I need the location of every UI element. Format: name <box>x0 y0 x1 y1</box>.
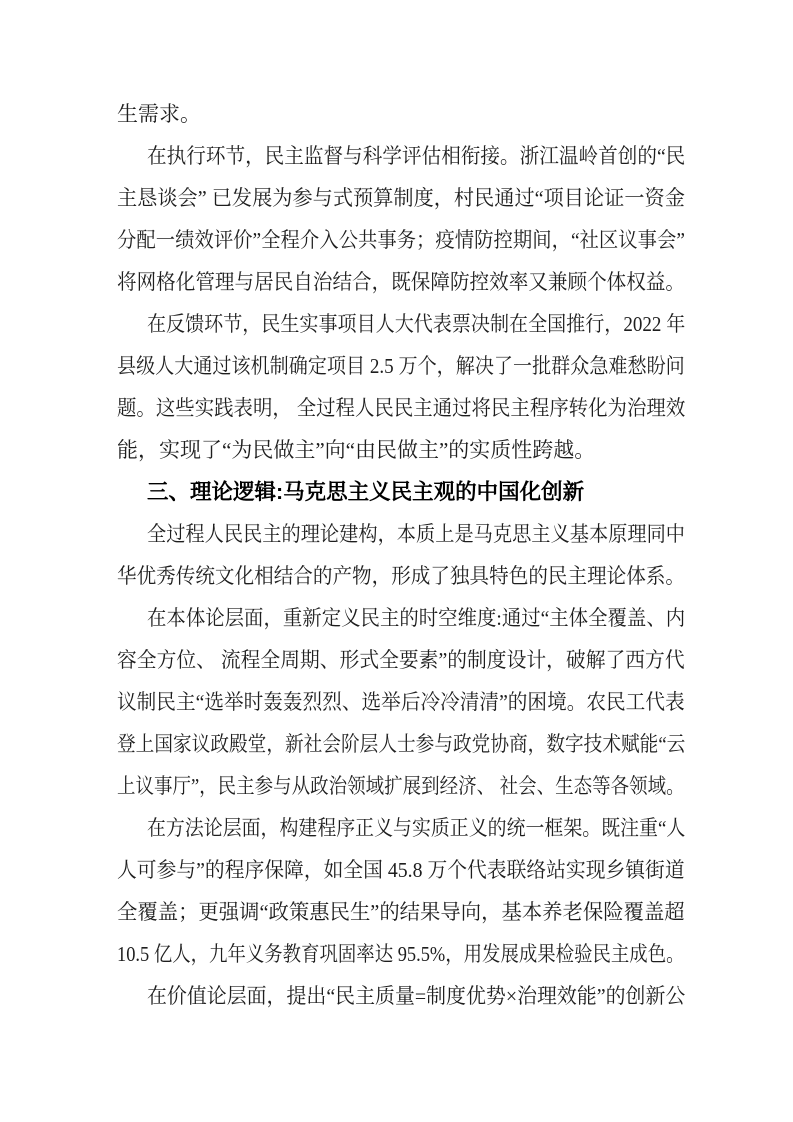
text-line-content: 议制民主“选举时轰轰烈烈、选举后冷冷清清”的困境。农民工代表 <box>117 681 685 723</box>
document-page: 生需求。 在执行环节，民主监督与科学评估相衔接。浙江温岭首创的“民 主恳谈会” … <box>0 0 793 1122</box>
text-line-content: 主恳谈会” 已发展为参与式预算制度，村民通过“项目论证一资金 <box>117 177 685 219</box>
text-line: 10.5 亿人，九年义务教育巩固率达 95.5%，用发展成果检验民主成色。 <box>117 933 685 975</box>
text-line-content: 全过程人民民主的理论建构，本质上是马克思主义基本原理同中 <box>147 513 685 555</box>
text-line: 人可参与”的程序保障，如全国 45.8 万个代表联络站实现乡镇街道 <box>117 849 685 891</box>
text-line: 全过程人民民主的理论建构，本质上是马克思主义基本原理同中 <box>117 513 685 555</box>
text-line: 能，实现了“为民做主”向“由民做主”的实质性跨越。 <box>117 429 685 471</box>
text-line-content: 容全方位、 流程全周期、形式全要素”的制度设计，破解了西方代 <box>117 639 685 681</box>
text-line-content: 在方法论层面，构建程序正义与实质正义的统一框架。既注重“人 <box>147 807 685 849</box>
text-line-content: 将网格化管理与居民自治结合，既保障防控效率又兼顾个体权益。 <box>117 261 685 303</box>
text-line: 华优秀传统文化相结合的产物，形成了独具特色的民主理论体系。 <box>117 555 685 597</box>
text-line: 上议事厅”，民主参与从政治领域扩展到经济、 社会、生态等各领域。 <box>117 765 685 807</box>
text-line-content: 能，实现了“为民做主”向“由民做主”的实质性跨越。 <box>117 429 595 471</box>
text-line-content: 题。这些实践表明， 全过程人民民主通过将民主程序转化为治理效 <box>117 387 685 429</box>
text-line-content: 登上国家议政殿堂，新社会阶层人士参与政党协商，数字技术赋能“云 <box>117 723 685 765</box>
text-line: 在执行环节，民主监督与科学评估相衔接。浙江温岭首创的“民 <box>117 135 685 177</box>
text-line-content: 10.5 亿人，九年义务教育巩固率达 95.5%，用发展成果检验民主成色。 <box>117 933 685 975</box>
text-line: 生需求。 <box>117 93 685 135</box>
text-line-content: 在本体论层面，重新定义民主的时空维度:通过“主体全覆盖、内 <box>147 597 685 639</box>
text-line: 在反馈环节，民生实事项目人大代表票决制在全国推行，2022 年 <box>117 303 685 345</box>
section-heading-text: 三、理论逻辑:马克思主义民主观的中国化创新 <box>147 471 584 513</box>
text-line: 分配一绩效评价”全程介入公共事务；疫情防控期间，“社区议事会” <box>117 219 685 261</box>
text-line-content: 人可参与”的程序保障，如全国 45.8 万个代表联络站实现乡镇街道 <box>117 849 685 891</box>
text-line: 题。这些实践表明， 全过程人民民主通过将民主程序转化为治理效 <box>117 387 685 429</box>
text-line-content: 上议事厅”，民主参与从政治领域扩展到经济、 社会、生态等各领域。 <box>117 765 685 807</box>
text-line: 议制民主“选举时轰轰烈烈、选举后冷冷清清”的困境。农民工代表 <box>117 681 685 723</box>
text-line-content: 在执行环节，民主监督与科学评估相衔接。浙江温岭首创的“民 <box>147 135 685 177</box>
text-line-content: 分配一绩效评价”全程介入公共事务；疫情防控期间，“社区议事会” <box>117 219 685 261</box>
text-line: 将网格化管理与居民自治结合，既保障防控效率又兼顾个体权益。 <box>117 261 685 303</box>
text-line-content: 在价值论层面，提出“民主质量=制度优势×治理效能”的创新公 <box>147 975 685 1017</box>
text-line-content: 县级人大通过该机制确定项目 2.5 万个，解决了一批群众急难愁盼问 <box>117 345 685 387</box>
text-line: 登上国家议政殿堂，新社会阶层人士参与政党协商，数字技术赋能“云 <box>117 723 685 765</box>
text-line: 在方法论层面，构建程序正义与实质正义的统一框架。既注重“人 <box>117 807 685 849</box>
text-line-content: 在反馈环节，民生实事项目人大代表票决制在全国推行，2022 年 <box>147 303 685 345</box>
document-text-block: 生需求。 在执行环节，民主监督与科学评估相衔接。浙江温岭首创的“民 主恳谈会” … <box>117 93 685 1017</box>
text-line: 主恳谈会” 已发展为参与式预算制度，村民通过“项目论证一资金 <box>117 177 685 219</box>
text-line-content: 生需求。 <box>117 93 201 135</box>
text-line-content: 全覆盖；更强调“政策惠民生”的结果导向，基本养老保险覆盖超 <box>117 891 685 933</box>
text-line: 县级人大通过该机制确定项目 2.5 万个，解决了一批群众急难愁盼问 <box>117 345 685 387</box>
section-heading: 三、理论逻辑:马克思主义民主观的中国化创新 <box>117 471 685 513</box>
text-line: 全覆盖；更强调“政策惠民生”的结果导向，基本养老保险覆盖超 <box>117 891 685 933</box>
text-line-content: 华优秀传统文化相结合的产物，形成了独具特色的民主理论体系。 <box>117 555 685 597</box>
text-line: 在价值论层面，提出“民主质量=制度优势×治理效能”的创新公 <box>117 975 685 1017</box>
text-line: 在本体论层面，重新定义民主的时空维度:通过“主体全覆盖、内 <box>117 597 685 639</box>
text-line: 容全方位、 流程全周期、形式全要素”的制度设计，破解了西方代 <box>117 639 685 681</box>
